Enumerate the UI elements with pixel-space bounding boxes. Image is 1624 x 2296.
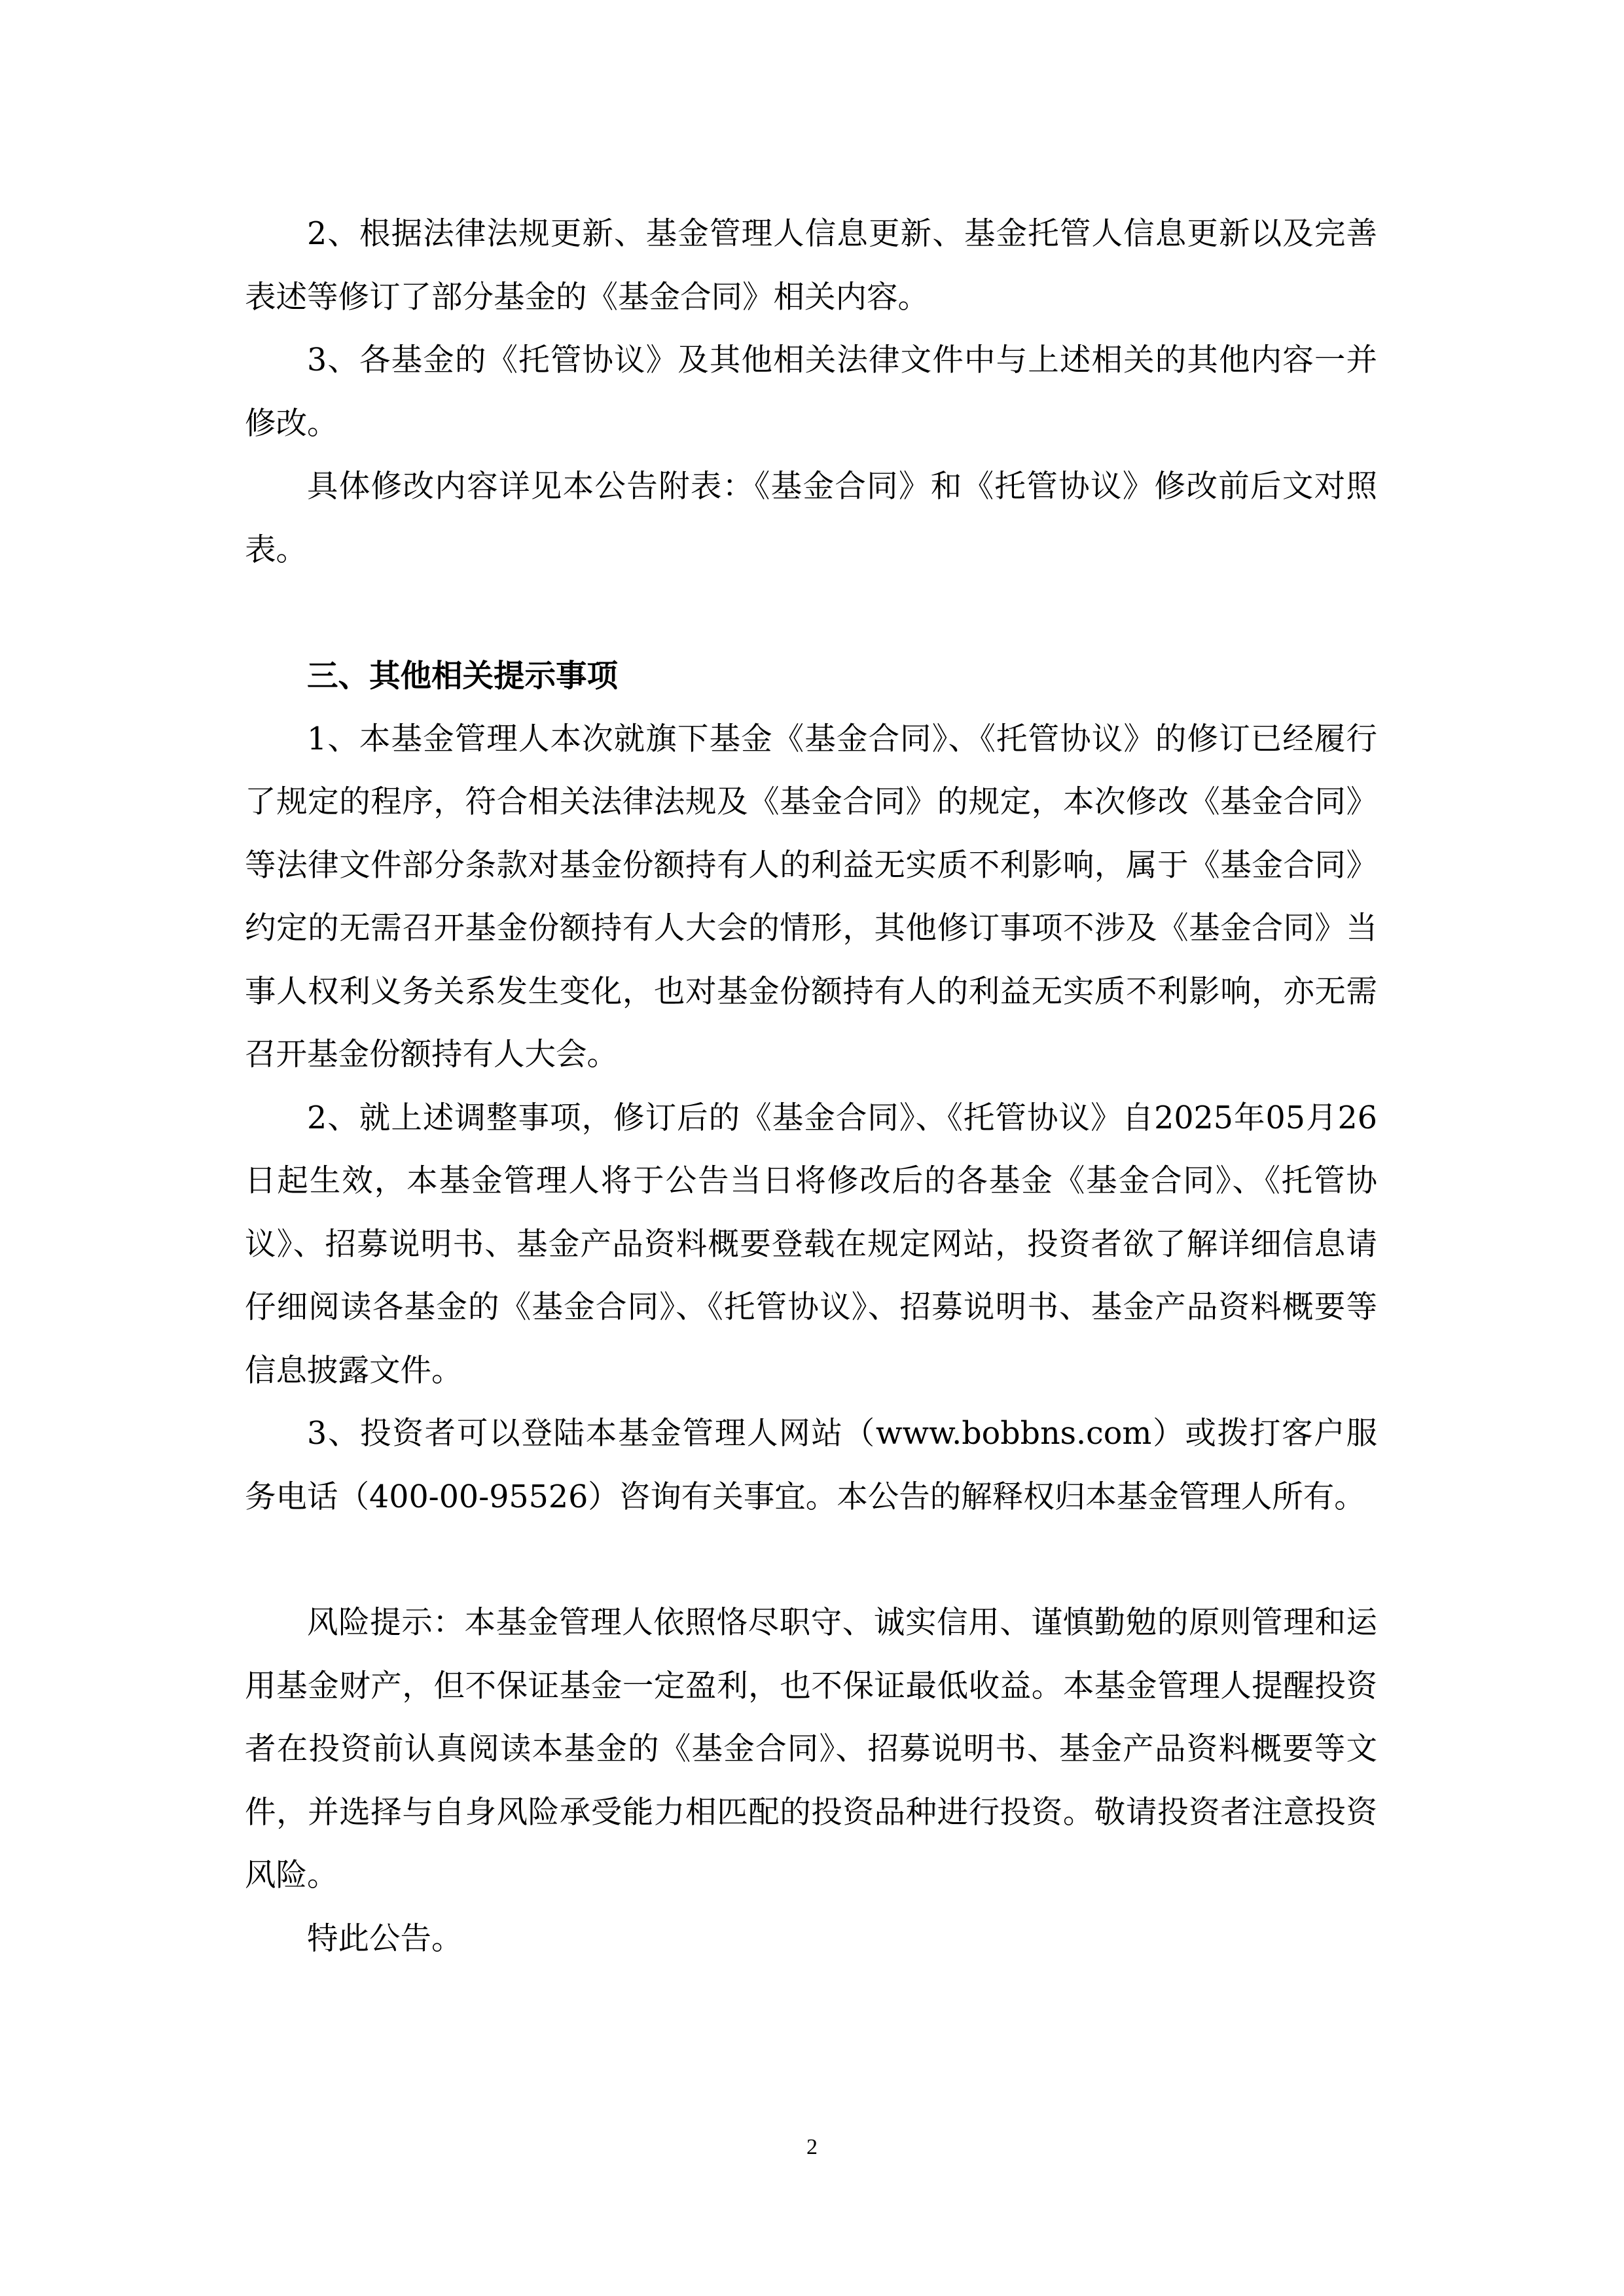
section3-item-2: 2、就上述调整事项，修订后的《基金合同》、《托管协议》自2025年05月26日起… <box>245 1087 1377 1403</box>
section2-item-2: 2、根据法律法规更新、基金管理人信息更新、基金托管人信息更新以及完善表述等修订了… <box>245 203 1377 329</box>
section3-heading: 三、其他相关提示事项 <box>245 645 1377 708</box>
section2-item-3: 3、各基金的《托管协议》及其他相关法律文件中与上述相关的其他内容一并修改。 <box>245 329 1377 456</box>
closing-statement: 特此公告。 <box>245 1908 1377 1971</box>
spacer <box>245 582 1377 645</box>
risk-notice: 风险提示：本基金管理人依照恪尽职守、诚实信用、谨慎勤勉的原则管理和运用基金财产，… <box>245 1592 1377 1908</box>
section3-item-3: 3、投资者可以登陆本基金管理人网站（www.bobbns.com）或拨打客户服务… <box>245 1403 1377 1529</box>
details-note: 具体修改内容详见本公告附表：《基金合同》和《托管协议》修改前后文对照表。 <box>245 456 1377 582</box>
page-number: 2 <box>0 2135 1624 2160</box>
spacer <box>245 1529 1377 1592</box>
document-body: 2、根据法律法规更新、基金管理人信息更新、基金托管人信息更新以及完善表述等修订了… <box>245 203 1377 1971</box>
section3-item-1: 1、本基金管理人本次就旗下基金《基金合同》、《托管协议》的修订已经履行了规定的程… <box>245 708 1377 1087</box>
